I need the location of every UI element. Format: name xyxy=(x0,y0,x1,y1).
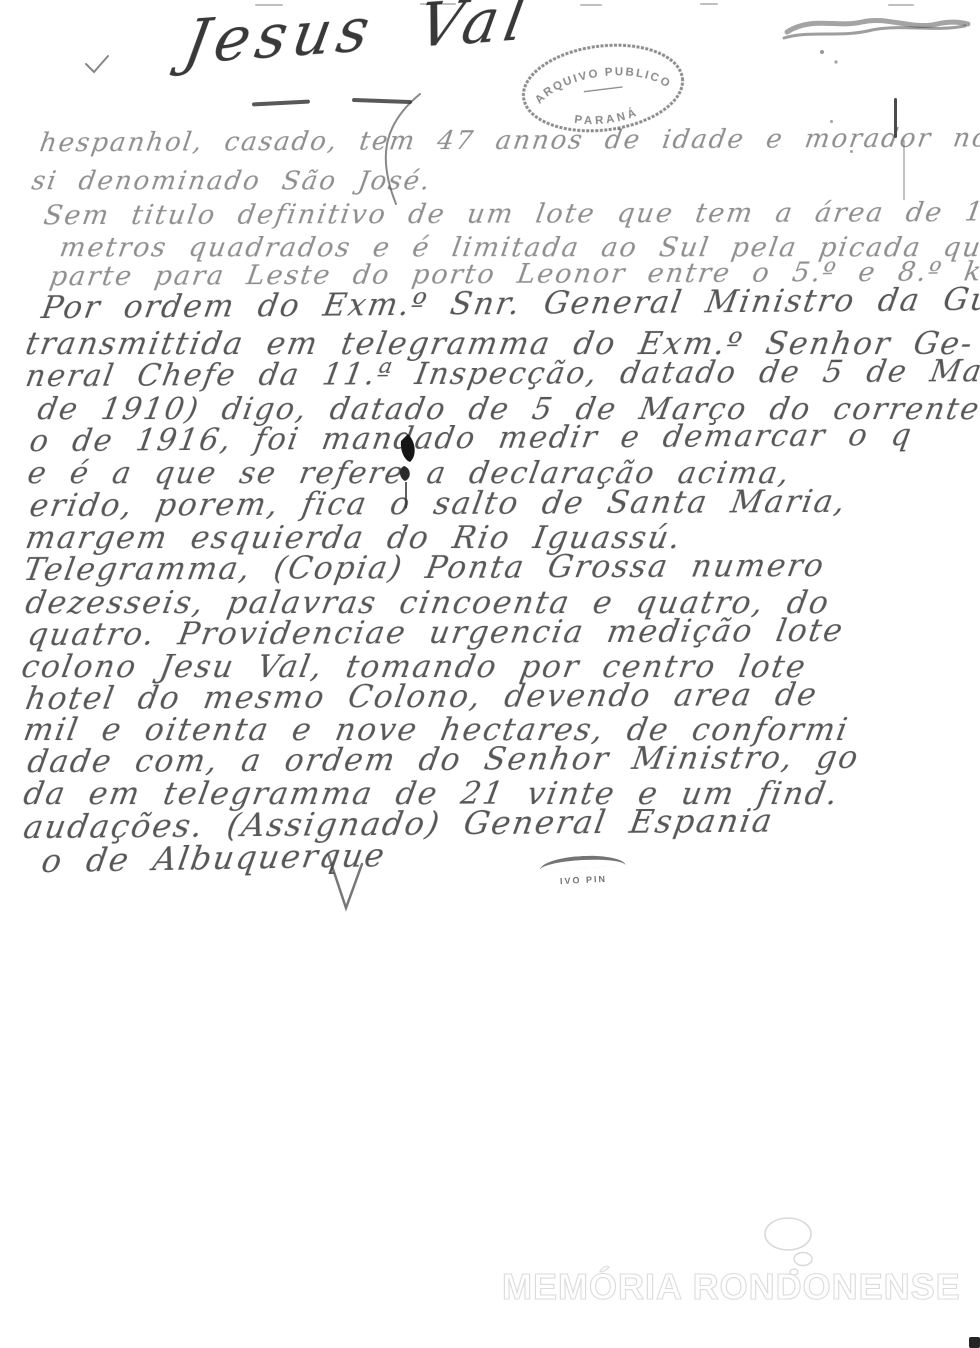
manuscript-line: hotel do mesmo Colono, devendo area de xyxy=(23,677,821,717)
ink-smudge xyxy=(782,2,974,72)
manuscript-line: erido, porem, fica o salto de Santa Mari… xyxy=(27,484,850,524)
notary-stamp-fragment: IVO PIN xyxy=(539,854,627,889)
manuscript-line: o de 1916, foi mandado medir e demarcar … xyxy=(27,418,916,459)
notary-stamp-text: IVO PIN xyxy=(560,874,607,886)
notary-stamp-arc xyxy=(539,854,626,870)
manuscript-line: Sem titulo definitivo de um lote que tem… xyxy=(42,196,980,231)
scan-speck xyxy=(580,4,602,6)
signature-underline xyxy=(252,99,310,106)
manuscript-line: hespanhol, casado, tem 47 annos de idade… xyxy=(38,123,980,158)
scan-speck xyxy=(700,3,718,5)
signature-title: Jesus Val xyxy=(179,0,536,79)
manuscript-line: audações. (Assignado) General Espania xyxy=(21,801,777,846)
manuscript-line: quatro. Providenciae urgencia medição lo… xyxy=(25,613,847,653)
watermark-text: MEMÓRIA RONDONENSE xyxy=(502,1266,961,1308)
manuscript-line: Telegramma, (Copia) Ponta Grossa numero xyxy=(21,548,828,588)
scan-corner-mark xyxy=(969,1337,980,1348)
manuscript-line: neral Chefe da 11.ª Inspecção, datado de… xyxy=(23,354,980,394)
ink-blot xyxy=(392,432,422,512)
ink-speck xyxy=(830,120,833,123)
pen-check-mark xyxy=(84,54,110,76)
manuscript-line: si denominado São José. xyxy=(30,166,434,196)
manuscript-document-scan: Jesus Val ARQUIVO PUBLICO ——— PARANÁ xyxy=(0,0,980,1348)
pen-flourish-v xyxy=(322,852,372,914)
stamp-center-mark: ——— xyxy=(583,79,624,99)
manuscript-line: dade com, a ordem do Senhor Ministro, go xyxy=(25,740,862,780)
